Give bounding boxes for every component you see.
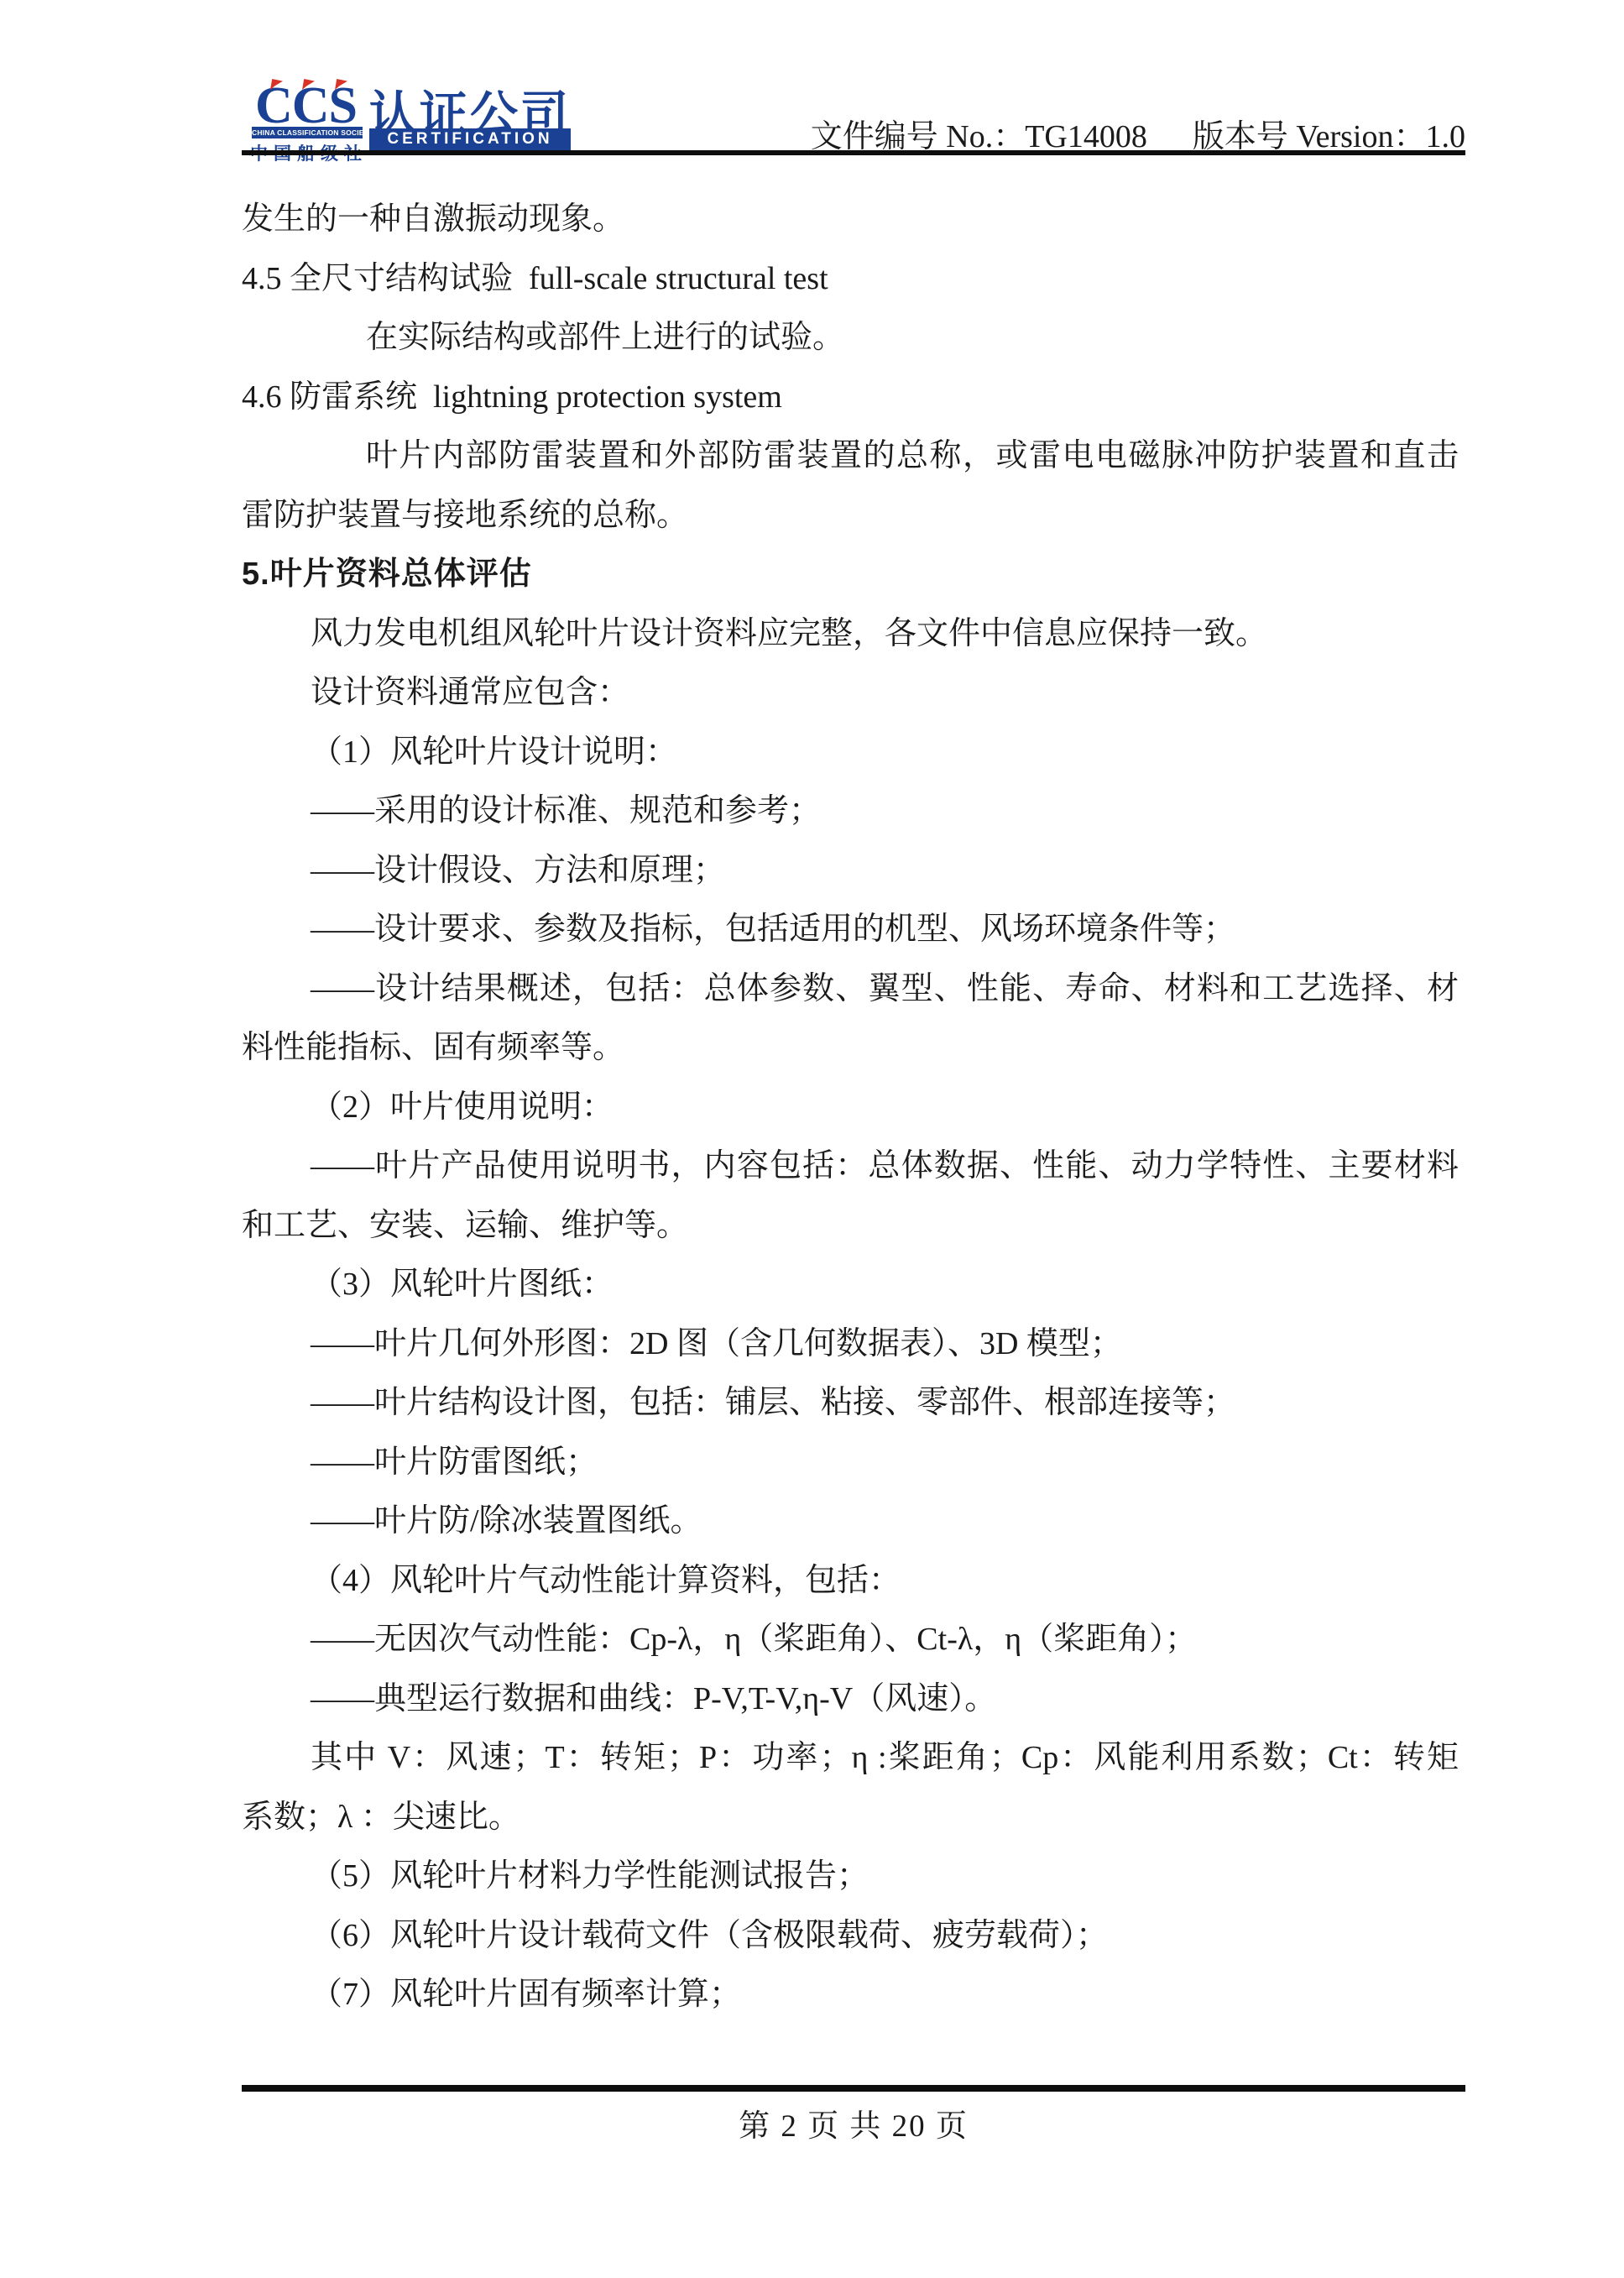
text-line: 设计资料通常应包含： bbox=[242, 663, 1459, 723]
section-heading-4-5: 4.5 全尺寸结构试验 full-scale structural test bbox=[242, 249, 1459, 309]
dash-item: ——设计要求、参数及指标，包括适用的机型、风场环境条件等； bbox=[242, 900, 1459, 959]
section-heading-5: 5.叶片资料总体评估 bbox=[242, 545, 1459, 604]
list-item-5: （5）风轮叶片材料力学性能测试报告； bbox=[242, 1847, 1459, 1906]
list-item-6: （6）风轮叶片设计载荷文件（含极限载荷、疲劳载荷）； bbox=[242, 1906, 1459, 1966]
text-line: 其中 V：风速；T：转矩；P：功率；η :桨距角；Cp：风能利用系数；Ct：转矩 bbox=[242, 1728, 1459, 1788]
page-number: 第 2 页 共 20 页 bbox=[242, 2100, 1465, 2145]
dash-item: ——叶片结构设计图，包括：铺层、粘接、零部件、根部连接等； bbox=[242, 1373, 1459, 1433]
dash-item: ——采用的设计标准、规范和参考； bbox=[242, 781, 1459, 841]
header-divider bbox=[242, 150, 1465, 155]
header-meta: 文件编号 No.：TG14008版本号 Version：1.0 bbox=[242, 110, 1465, 156]
text-line: 叶片内部防雷装置和外部防雷装置的总称，或雷电电磁脉冲防护装置和直击 bbox=[242, 426, 1459, 486]
dash-item: ——设计假设、方法和原理； bbox=[242, 841, 1459, 901]
text-line: 发生的一种自激振动现象。 bbox=[242, 190, 1459, 249]
document-body: 发生的一种自激振动现象。 4.5 全尺寸结构试验 full-scale stru… bbox=[242, 190, 1459, 2025]
dash-item: ——设计结果概述，包括：总体参数、翼型、性能、寿命、材料和工艺选择、材 bbox=[242, 959, 1459, 1019]
dash-item: ——叶片防/除冰装置图纸。 bbox=[242, 1492, 1459, 1551]
list-item-2: （2）叶片使用说明： bbox=[242, 1078, 1459, 1137]
list-item-4: （4）风轮叶片气动性能计算资料，包括： bbox=[242, 1551, 1459, 1611]
dash-item: ——典型运行数据和曲线：P-V,T-V,η-V（风速）。 bbox=[242, 1669, 1459, 1729]
document-version: 版本号 Version：1.0 bbox=[1193, 119, 1465, 154]
list-item-1: （1）风轮叶片设计说明： bbox=[242, 723, 1459, 782]
text-line: 料性能指标、固有频率等。 bbox=[242, 1018, 1459, 1078]
document-number: 文件编号 No.：TG14008 bbox=[811, 119, 1147, 154]
dash-item: ——无因次气动性能：Cp-λ，η（桨距角）、Ct-λ，η（桨距角）； bbox=[242, 1610, 1459, 1669]
footer-divider bbox=[242, 2085, 1465, 2092]
text-line: 风力发电机组风轮叶片设计资料应完整，各文件中信息应保持一致。 bbox=[242, 604, 1459, 664]
text-line: 在实际结构或部件上进行的试验。 bbox=[242, 308, 1459, 368]
dash-item: ——叶片产品使用说明书，内容包括：总体数据、性能、动力学特性、主要材料 bbox=[242, 1136, 1459, 1196]
dash-item: ——叶片几何外形图：2D 图（含几何数据表）、3D 模型； bbox=[242, 1314, 1459, 1374]
text-line: 系数；λ ：尖速比。 bbox=[242, 1788, 1459, 1847]
section-heading-4-6: 4.6 防雷系统 lightning protection system bbox=[242, 368, 1459, 427]
list-item-3: （3）风轮叶片图纸： bbox=[242, 1255, 1459, 1314]
list-item-7: （7）风轮叶片固有频率计算； bbox=[242, 1965, 1459, 2025]
dash-item: ——叶片防雷图纸； bbox=[242, 1433, 1459, 1492]
text-line: 雷防护装置与接地系统的总称。 bbox=[242, 486, 1459, 546]
text-line: 和工艺、安装、运输、维护等。 bbox=[242, 1196, 1459, 1256]
document-page: CCS CHINA CLASSIFICATION SOCIETY 中国船级社 认… bbox=[0, 0, 1624, 2278]
